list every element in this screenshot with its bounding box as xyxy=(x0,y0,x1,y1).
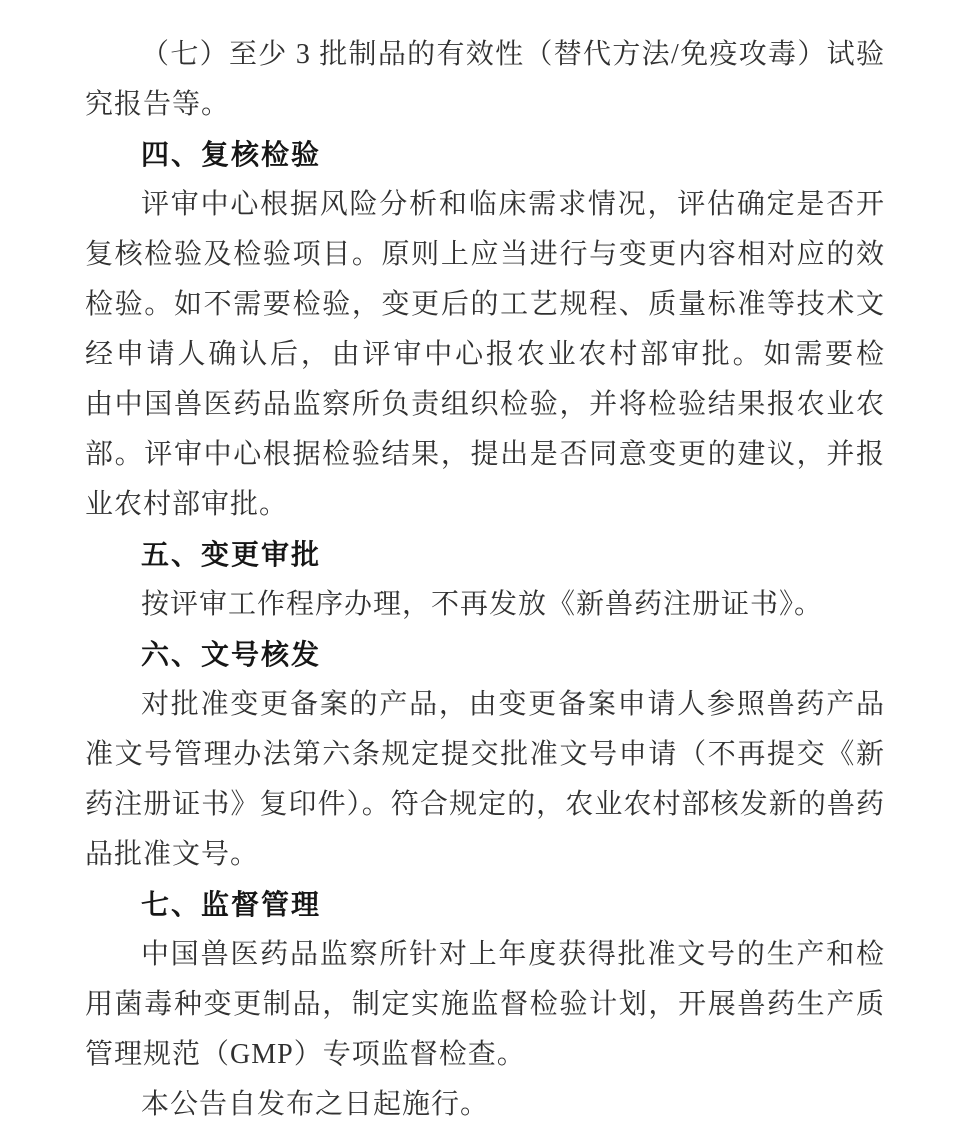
doc-line: 中国兽医药品监察所针对上年度获得批准文号的生产和检验 xyxy=(85,930,885,980)
section-heading-license-issuance: 六、文号核发 xyxy=(85,630,885,680)
section-heading-supervision: 七、监督管理 xyxy=(85,880,885,930)
doc-line: 由中国兽医药品监察所负责组织检验，并将检验结果报农业农村 xyxy=(85,380,885,430)
doc-line: 准文号管理办法第六条规定提交批准文号申请（不再提交《新兽 xyxy=(85,730,885,780)
doc-line: 部。评审中心根据检验结果，提出是否同意变更的建议，并报农 xyxy=(85,430,885,480)
doc-line: 评审中心根据风险分析和临床需求情况，评估确定是否开展 xyxy=(85,180,885,230)
document-page: （七）至少 3 批制品的有效性（替代方法/免疫攻毒）试验研 究报告等。 四、复核… xyxy=(0,0,970,1142)
doc-line: 究报告等。 xyxy=(85,80,885,130)
doc-line: 经申请人确认后，由评审中心报农业农村部审批。如需要检验， xyxy=(85,330,885,380)
doc-line: 管理规范（GMP）专项监督检查。 xyxy=(85,1030,885,1080)
doc-line: （七）至少 3 批制品的有效性（替代方法/免疫攻毒）试验研 xyxy=(85,30,885,80)
doc-line: 药注册证书》复印件）。符合规定的，农业农村部核发新的兽药产 xyxy=(85,780,885,830)
section-heading-review-inspection: 四、复核检验 xyxy=(85,130,885,180)
doc-line: 本公告自发布之日起施行。 xyxy=(85,1080,885,1130)
doc-line: 业农村部审批。 xyxy=(85,480,885,530)
doc-line: 按评审工作程序办理，不再发放《新兽药注册证书》。 xyxy=(85,580,885,630)
section-heading-change-approval: 五、变更审批 xyxy=(85,530,885,580)
doc-line: 用菌毒种变更制品，制定实施监督检验计划，开展兽药生产质量 xyxy=(85,980,885,1030)
doc-line: 检验。如不需要检验，变更后的工艺规程、质量标准等技术文件 xyxy=(85,280,885,330)
doc-line: 对批准变更备案的产品，由变更备案申请人参照兽药产品批 xyxy=(85,680,885,730)
doc-line: 复核检验及检验项目。原则上应当进行与变更内容相对应的效力 xyxy=(85,230,885,280)
doc-line: 品批准文号。 xyxy=(85,830,885,880)
